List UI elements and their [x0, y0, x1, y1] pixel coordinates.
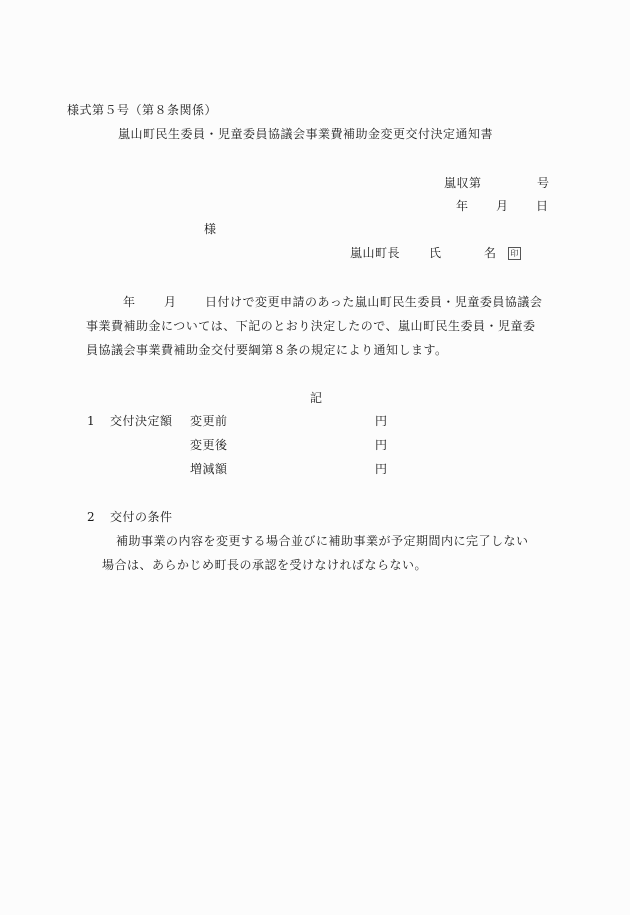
item-1-row-before-label: 変更前: [190, 413, 228, 429]
form-label: 様式第５号（第８条関係）: [67, 102, 217, 118]
item-1-row-after-unit: 円: [375, 437, 388, 453]
addressee-honorific: 様: [204, 221, 217, 237]
sender-name-label-2: 名: [484, 245, 497, 261]
date-year: 年: [456, 198, 469, 214]
note-heading: 記: [310, 390, 323, 406]
body-month: 月: [164, 294, 177, 310]
item-1-label: 交付決定額: [110, 413, 173, 429]
body-line-2: 事業費補助金については、下記のとおり決定したので、嵐山町民生委員・児童委: [86, 318, 536, 334]
seal-mark: 印: [508, 245, 521, 261]
item-2-number: 2: [87, 509, 95, 525]
item-1-row-before-unit: 円: [375, 413, 388, 429]
reference-number-prefix: 嵐収第: [444, 175, 482, 191]
body-line-1: 日付けで変更申請のあった嵐山町民生委員・児童委員協議会: [205, 294, 542, 310]
item-2-text-line-1: 補助事業の内容を変更する場合並びに補助事業が予定期間内に完了しない: [116, 533, 529, 549]
item-2-text-line-2: 場合は、あらかじめ町長の承認を受けなければならない。: [102, 557, 427, 573]
date-day: 日: [536, 198, 549, 214]
item-1-row-diff-unit: 円: [375, 461, 388, 477]
item-1-number: 1: [87, 413, 95, 429]
body-year: 年: [123, 294, 136, 310]
document-title: 嵐山町民生委員・児童委員協議会事業費補助金変更交付決定通知書: [118, 126, 493, 142]
item-1-row-diff-label: 増減額: [190, 461, 228, 477]
sender-name-label-1: 氏: [429, 245, 442, 261]
seal-icon: 印: [508, 247, 521, 260]
date-month: 月: [496, 198, 509, 214]
item-1-row-after-label: 変更後: [190, 437, 228, 453]
item-2-label: 交付の条件: [110, 509, 173, 525]
sender-title: 嵐山町長: [350, 245, 400, 261]
body-line-3: 員協議会事業費補助金交付要綱第８条の規定により通知します。: [86, 342, 448, 358]
reference-number-suffix: 号: [537, 175, 550, 191]
